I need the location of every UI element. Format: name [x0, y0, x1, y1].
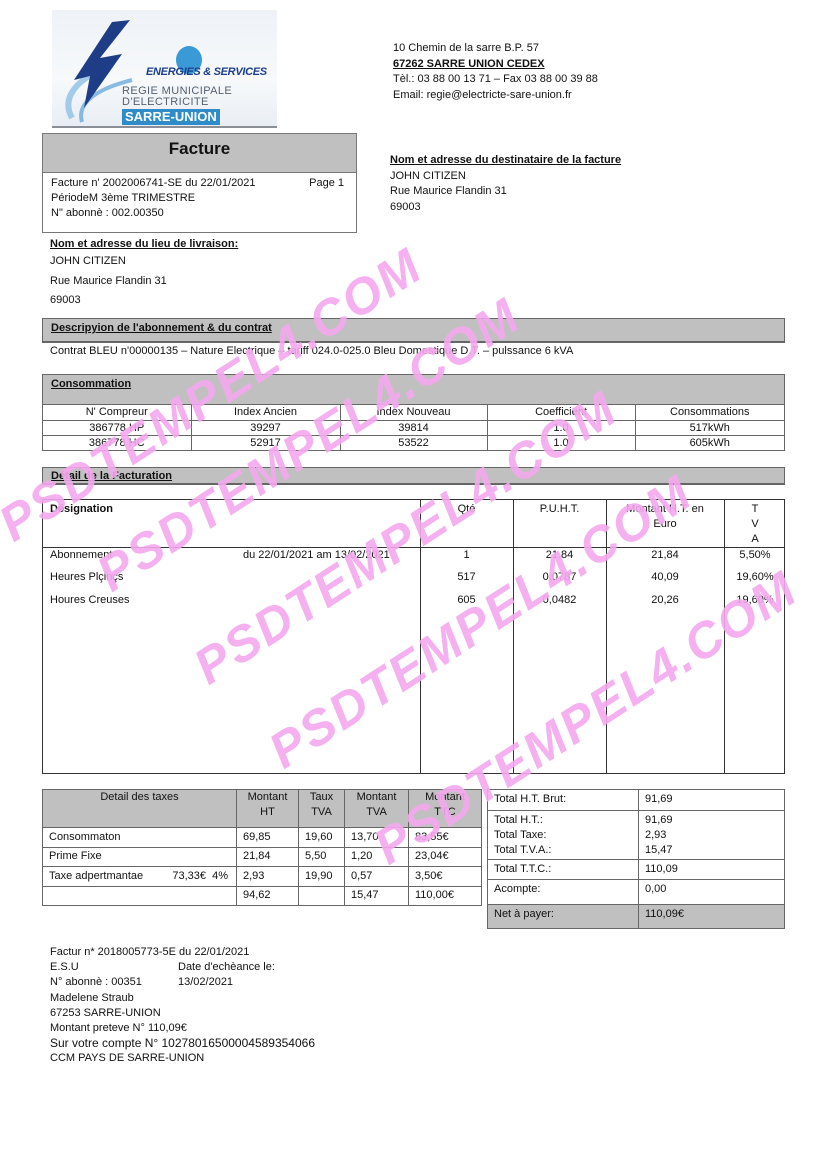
tax-total-blank: [43, 886, 237, 906]
total-ttc-label: Total T.T.C.:: [488, 860, 639, 880]
tax-total-tva: 15,47: [345, 886, 409, 906]
invoice-period: PériodeM 3ème TRIMESTRE: [51, 191, 348, 206]
slip-esu: E.S.U: [50, 960, 178, 975]
tax-label: Taxe adpertmantae: [49, 870, 143, 882]
totals-row-ht: Total H.T.: Total Taxe: Total T.V.A.: 91…: [488, 811, 785, 860]
col-old-index: Index Ancien: [191, 405, 340, 420]
table-row: Prime Fixe21,845,501,2023,04€: [43, 847, 482, 867]
total-tax-label: Total Taxe:: [494, 828, 632, 843]
slip-amount: Montant preteve N° 110,09€: [50, 1021, 315, 1036]
billing-amount: 40,09: [606, 570, 724, 585]
net-label: Net à payer:: [488, 905, 639, 929]
tax-base: 73,33€ 4%: [172, 869, 228, 884]
cell: 605kWh: [635, 435, 784, 450]
recipient-name: JOHN CITIZEN: [390, 169, 621, 185]
total-brut-value: 91,69: [639, 790, 785, 811]
slip-bank: CCM PAYS DE SARRE-UNION: [50, 1051, 315, 1066]
contract-description: Contrat BLEU n'00000135 – Nature Electri…: [50, 345, 573, 357]
net-value: 110,09€: [639, 905, 785, 929]
col-tva: Montant TVA: [345, 790, 409, 828]
col-new-index: Index Nouveau: [340, 405, 487, 420]
tax-ht: 21,84: [237, 847, 299, 867]
tax-ttc: 23,04€: [409, 847, 482, 867]
page-number: Page 1: [309, 176, 344, 191]
tax-label: Consommaton: [49, 831, 121, 843]
col-meter: N' Compreur: [43, 405, 191, 420]
cell: 386778 HC: [43, 435, 191, 450]
totals-row-ttc: Total T.T.C.: 110,09: [488, 860, 785, 880]
delivery-name: JOHN CITIZEN: [50, 252, 238, 272]
billing-period: du 22/01/2021 am 13/02/2021: [243, 548, 390, 563]
billing-unit-price: 0,0482: [513, 593, 606, 608]
billing-amount: 20,26: [606, 593, 724, 608]
recipient-postcode: 69003: [390, 200, 621, 216]
deposit-label: Acompte:: [488, 880, 639, 905]
company-email[interactable]: Email: regie@electricte-sare-union.fr: [393, 88, 598, 104]
total-tva-value: 15,47: [645, 843, 778, 858]
table-row: 386778 HP 39297 39814 1.0 517kWh: [43, 420, 784, 435]
slip-name: Madelene Straub: [50, 991, 315, 1006]
col-qty: Qté: [420, 502, 513, 517]
col-tax-detail: Detail des taxes: [43, 790, 237, 828]
tax-label-cell: Prime Fixe: [43, 847, 237, 867]
billing-amount: 21,84: [606, 548, 724, 563]
col-unit-price: P.U.H.T.: [513, 502, 606, 517]
contract-heading: Descripyion de l'abonnement & du contrat: [42, 318, 785, 343]
recipient-heading: Nom et adresse du destinataire de la fac…: [390, 153, 621, 169]
col-rate: Taux TVA: [299, 790, 345, 828]
col-vat: T V A: [724, 502, 786, 547]
col-coefficient: Coefficient: [487, 405, 635, 420]
col-consumption: Consommations: [635, 405, 784, 420]
company-street: 10 Chemin de la sarre B.P. 57: [393, 41, 598, 57]
tax-tva: 1,20: [345, 847, 409, 867]
delivery-street: Rue Maurice Flandin 31: [50, 272, 238, 292]
recipient-address: Nom et adresse du destinataire de la fac…: [390, 153, 621, 215]
company-logo: ENERGIES & SERVICES REGIE MUNICIPALE D'E…: [52, 10, 277, 128]
totals-row-net: Net à payer: 110,09€: [488, 905, 785, 929]
cell: 1.0: [487, 420, 635, 435]
company-city: 67262 SARRE UNION CEDEX: [393, 57, 598, 73]
taxes-header-row: Detail des taxes Montant HT Taux TVA Mon…: [43, 790, 482, 828]
cell: 517kWh: [635, 420, 784, 435]
delivery-heading: Nom et adresse du lieu de livraison:: [50, 237, 238, 252]
billing-qty: 1: [420, 548, 513, 563]
totals-row-deposit: Acompte: 0,00: [488, 880, 785, 905]
col-amount: Montant H.T. en Euro: [606, 502, 724, 532]
cell: 39814: [340, 420, 487, 435]
billing-unit-price: 0,0787: [513, 570, 606, 585]
tax-label: Prime Fixe: [49, 850, 102, 862]
cell: 52917: [191, 435, 340, 450]
billing-designation: Houres Creuses: [50, 593, 129, 608]
total-ttc-value: 110,09: [639, 860, 785, 880]
total-tax-value: 2,93: [645, 828, 778, 843]
tax-ttc: 3,50€: [409, 867, 482, 887]
deposit-value: 0,00: [639, 880, 785, 905]
invoice-box: Facture Facture n' 2002006741-SE du 22/0…: [42, 133, 357, 233]
tax-rate: 5,50: [299, 847, 345, 867]
delivery-address: Nom et adresse du lieu de livraison: JOH…: [50, 237, 238, 311]
col-ttc: Montant TTC: [409, 790, 482, 828]
billing-vat: 5,50%: [724, 548, 786, 563]
tax-total-rate-blank: [299, 886, 345, 906]
tax-label-cell: Consommaton: [43, 828, 237, 848]
taxes-total-row: 94,6215,47110,00€: [43, 886, 482, 906]
tax-ht: 69,85: [237, 828, 299, 848]
cell: 39297: [191, 420, 340, 435]
consumption-section: Consommation N' Compreur Index Ancien In…: [42, 374, 785, 451]
table-row: 386778 HC 52917 53522 1.0 605kWh: [43, 435, 784, 450]
slip-subscriber: N° abonnè : 00351: [50, 975, 178, 990]
total-brut-label: Total H.T. Brut:: [488, 790, 639, 811]
col-designation: Désignation: [50, 502, 113, 517]
tax-tva: 13,70: [345, 828, 409, 848]
logo-brand: ENERGIES & SERVICES: [146, 66, 267, 78]
totals-table: Total H.T. Brut: 91,69 Total H.T.: Total…: [487, 789, 785, 929]
billing-qty: 605: [420, 593, 513, 608]
cell: 386778 HP: [43, 420, 191, 435]
billing-vat: 19,60%: [724, 593, 786, 608]
consumption-table: N' Compreur Index Ancien Index Nouveau C…: [43, 405, 784, 450]
table-row: Consommaton69,8519,6013,7083,55€: [43, 828, 482, 848]
slip-due-label: Date d'echèance le:: [178, 960, 275, 975]
cell: 53522: [340, 435, 487, 450]
billing-unit-price: 21.84: [513, 548, 606, 563]
billing-table: Désignation Qté P.U.H.T. Montant H.T. en…: [42, 499, 785, 774]
logo-line-3: SARRE-UNION: [122, 109, 220, 125]
slip-due-date: 13/02/2021: [178, 975, 233, 990]
billing-designation: Heures Plçlnçs: [50, 570, 123, 585]
consumption-heading: Consommation: [43, 375, 784, 405]
billing-heading: Détail de la Facturation: [42, 467, 785, 485]
payment-slip: Factur n* 2018005773-5E du 22/01/2021 E.…: [50, 945, 315, 1067]
slip-account: Sur votre compte N° 10278016500004589354…: [50, 1036, 315, 1051]
tax-ttc: 83,55€: [409, 828, 482, 848]
slip-city: 67253 SARRE-UNION: [50, 1006, 315, 1021]
tax-label-cell: Taxe adpertmantae73,33€ 4%: [43, 867, 237, 887]
tax-rate: 19,60: [299, 828, 345, 848]
taxes-table: Detail des taxes Montant HT Taux TVA Mon…: [42, 789, 482, 906]
invoice-subscriber: N" abonnè : 002.00350: [51, 206, 348, 221]
slip-invoice: Factur n* 2018005773-5E du 22/01/2021: [50, 945, 315, 960]
col-ht: Montant HT: [237, 790, 299, 828]
totals-row-brut: Total H.T. Brut: 91,69: [488, 790, 785, 811]
company-phone: Tèl.: 03 88 00 13 71 – Fax 03 88 00 39 8…: [393, 72, 598, 88]
total-ht-label: Total H.T.:: [494, 813, 632, 828]
tax-total-ttc: 110,00€: [409, 886, 482, 906]
table-row: Taxe adpertmantae73,33€ 4%2,9319,900,573…: [43, 867, 482, 887]
total-ht-value: 91,69: [645, 813, 778, 828]
logo-line-2: D'ELECTRICITE: [122, 97, 209, 108]
tax-ht: 2,93: [237, 867, 299, 887]
tax-rate: 19,90: [299, 867, 345, 887]
billing-designation: Abonnement: [50, 548, 112, 563]
tax-tva: 0,57: [345, 867, 409, 887]
billing-vat: 19,60%: [724, 570, 786, 585]
consumption-header-row: N' Compreur Index Ancien Index Nouveau C…: [43, 405, 784, 420]
billing-qty: 517: [420, 570, 513, 585]
tax-total-ht: 94,62: [237, 886, 299, 906]
cell: 1.0: [487, 435, 635, 450]
invoice-number: Facture n' 2002006741-SE du 22/01/2021: [51, 176, 348, 191]
total-tva-label: Total T.V.A.:: [494, 843, 632, 858]
recipient-street: Rue Maurice Flandin 31: [390, 184, 621, 200]
invoice-title: Facture: [43, 134, 356, 173]
company-address: 10 Chemin de la sarre B.P. 57 67262 SARR…: [393, 41, 598, 103]
delivery-postcode: 69003: [50, 291, 238, 311]
